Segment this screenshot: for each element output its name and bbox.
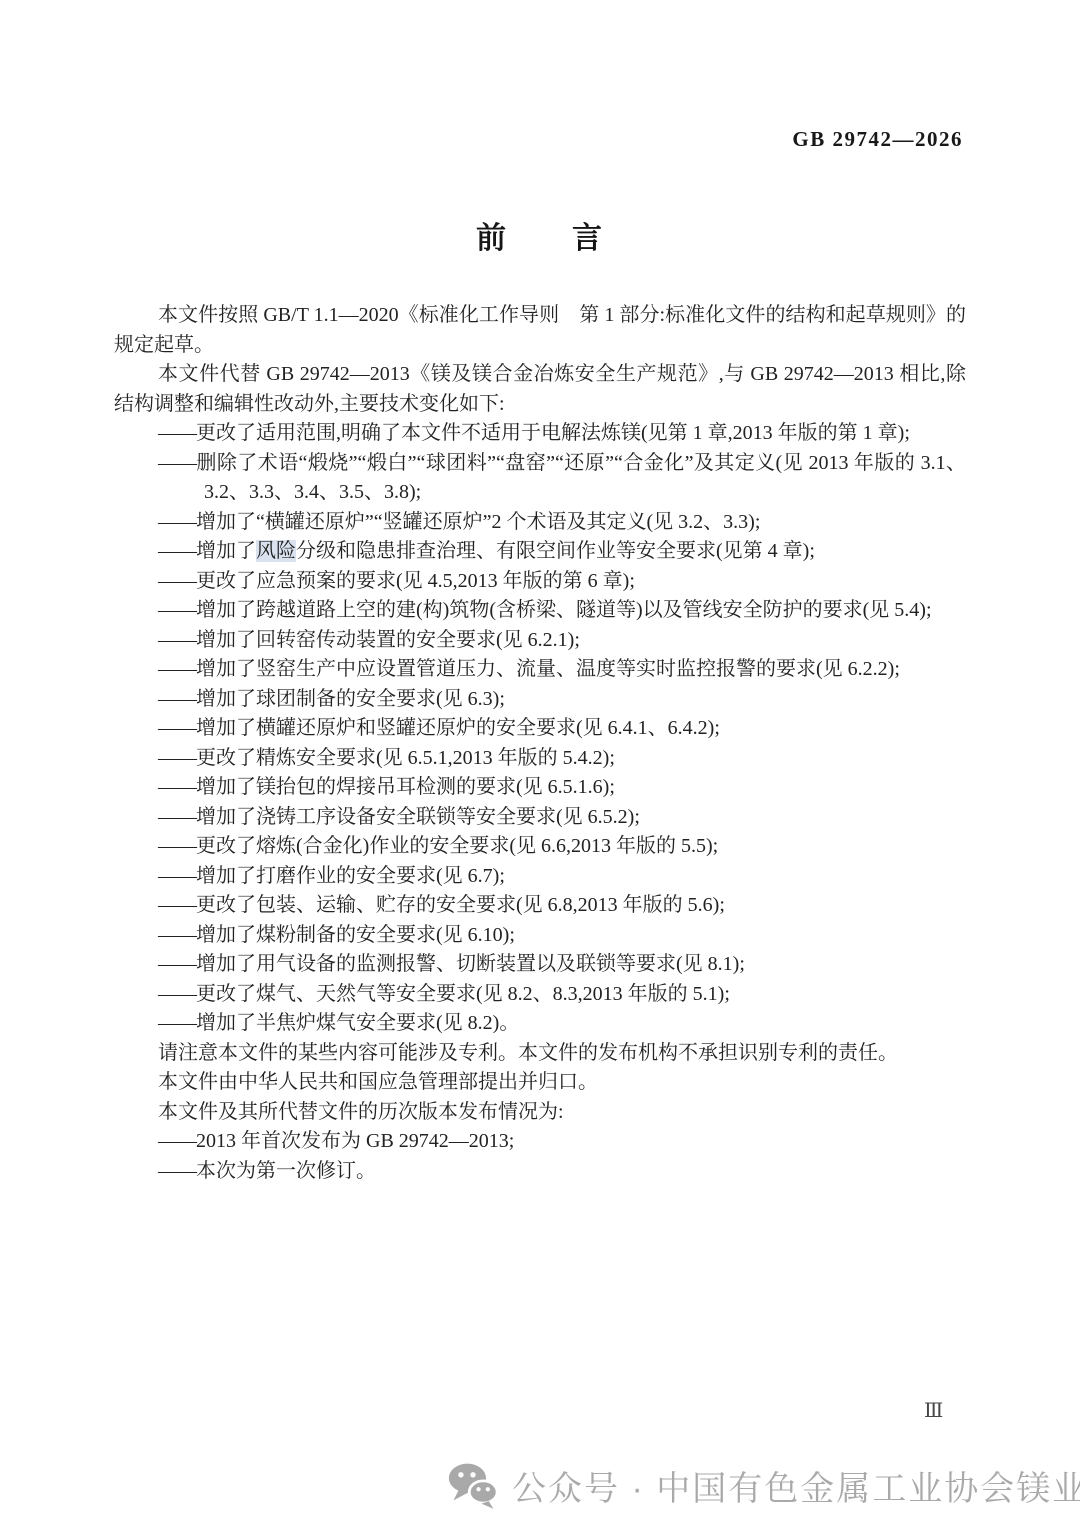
item-dash: —— — [158, 1130, 196, 1152]
item-dash: —— — [158, 599, 196, 621]
change-item: ——更改了煤气、天然气等安全要求(见 8.2、8.3,2013 年版的 5.1)… — [114, 980, 966, 1010]
change-item: ——更改了包装、运输、贮存的安全要求(见 6.8,2013 年版的 5.6); — [114, 891, 966, 921]
item-dash: —— — [158, 983, 196, 1005]
change-item: ——增加了煤粉制备的安全要求(见 6.10); — [114, 921, 966, 951]
item-dash: —— — [158, 894, 196, 916]
change-item: ——更改了精炼安全要求(见 6.5.1,2013 年版的 5.4.2); — [114, 744, 966, 774]
item-dash: —— — [158, 776, 196, 798]
change-item: ——增加了回转窑传动装置的安全要求(见 6.2.1); — [114, 626, 966, 656]
change-item: ——增加了球团制备的安全要求(见 6.3); — [114, 685, 966, 715]
change-item: ——更改了熔炼(合金化)作业的安全要求(见 6.6,2013 年版的 5.5); — [114, 832, 966, 862]
change-item: ——增加了跨越道路上空的建(构)筑物(含桥梁、隧道等)以及管线安全防护的要求(见… — [114, 596, 966, 626]
history-item: ——本次为第一次修订。 — [114, 1157, 966, 1187]
foreword-body: 本文件按照 GB/T 1.1—2020《标准化工作导则 第 1 部分:标准化文件… — [114, 301, 966, 1186]
change-item: ——更改了适用范围,明确了本文件不适用于电解法炼镁(见第 1 章,2013 年版… — [114, 419, 966, 449]
item-dash: —— — [158, 422, 196, 444]
item-dash: —— — [158, 717, 196, 739]
change-item: ——增加了浇铸工序设备安全联锁等安全要求(见 6.5.2); — [114, 803, 966, 833]
document-page: GB 29742—2026 前 言 本文件按照 GB/T 1.1—2020《标准… — [0, 0, 1080, 1527]
change-item: ——增加了打磨作业的安全要求(见 6.7); — [114, 862, 966, 892]
change-item: ——增加了竖窑生产中应设置管道压力、流量、温度等实时监控报警的要求(见 6.2.… — [114, 655, 966, 685]
standard-code: GB 29742—2026 — [792, 127, 963, 152]
change-item: ——增加了镁抬包的焊接吊耳检测的要求(见 6.5.1.6); — [114, 773, 966, 803]
intro-paragraph: 本文件按照 GB/T 1.1—2020《标准化工作导则 第 1 部分:标准化文件… — [114, 301, 966, 360]
closing-paragraph: 本文件及其所代替文件的历次版本发布情况为: — [114, 1098, 966, 1128]
item-dash: —— — [158, 452, 196, 474]
item-dash: —— — [158, 688, 196, 710]
highlight-mark: 风险 — [256, 540, 296, 562]
closing-paragraphs: 请注意本文件的某些内容可能涉及专利。本文件的发布机构不承担识别专利的责任。本文件… — [114, 1039, 966, 1128]
change-item: ——增加了风险分级和隐患排查治理、有限空间作业等安全要求(见第 4 章); — [114, 537, 966, 567]
item-dash: —— — [158, 747, 196, 769]
watermark: 公众号 · 中国有色金属工业协会镁业分会 — [447, 1461, 1080, 1510]
change-item: ——更改了应急预案的要求(见 4.5,2013 年版的第 6 章); — [114, 567, 966, 597]
history-list: ——2013 年首次发布为 GB 29742—2013;——本次为第一次修订。 — [114, 1127, 966, 1186]
change-list: ——更改了适用范围,明确了本文件不适用于电解法炼镁(见第 1 章,2013 年版… — [114, 419, 966, 1039]
change-item: ——增加了用气设备的监测报警、切断装置以及联锁等要求(见 8.1); — [114, 950, 966, 980]
wechat-icon — [447, 1462, 499, 1509]
closing-paragraph: 请注意本文件的某些内容可能涉及专利。本文件的发布机构不承担识别专利的责任。 — [114, 1039, 966, 1069]
change-item: ——增加了横罐还原炉和竖罐还原炉的安全要求(见 6.4.1、6.4.2); — [114, 714, 966, 744]
item-dash: —— — [158, 540, 196, 562]
item-dash: —— — [158, 511, 196, 533]
change-item: ——增加了“横罐还原炉”“竖罐还原炉”2 个术语及其定义(见 3.2、3.3); — [114, 508, 966, 538]
item-dash: —— — [158, 835, 196, 857]
change-item: ——增加了半焦炉煤气安全要求(见 8.2)。 — [114, 1009, 966, 1039]
item-dash: —— — [158, 865, 196, 887]
item-dash: —— — [158, 924, 196, 946]
change-item: ——删除了术语“煅烧”“煅白”“球团料”“盘窑”“还原”“合金化”及其定义(见 … — [114, 449, 966, 508]
item-dash: —— — [158, 953, 196, 975]
closing-paragraph: 本文件由中华人民共和国应急管理部提出并归口。 — [114, 1068, 966, 1098]
page-number: Ⅲ — [924, 1398, 944, 1423]
item-dash: —— — [158, 806, 196, 828]
page-title: 前 言 — [0, 213, 1080, 257]
intro-paragraphs: 本文件按照 GB/T 1.1—2020《标准化工作导则 第 1 部分:标准化文件… — [114, 301, 966, 419]
item-dash: —— — [158, 1160, 196, 1182]
item-dash: —— — [158, 629, 196, 651]
item-dash: —— — [158, 1012, 196, 1034]
item-dash: —— — [158, 570, 196, 592]
watermark-text: 公众号 · 中国有色金属工业协会镁业分会 — [512, 1461, 1080, 1510]
history-item: ——2013 年首次发布为 GB 29742—2013; — [114, 1127, 966, 1157]
intro-paragraph: 本文件代替 GB 29742—2013《镁及镁合金冶炼安全生产规范》,与 GB … — [114, 360, 966, 419]
item-dash: —— — [158, 658, 196, 680]
